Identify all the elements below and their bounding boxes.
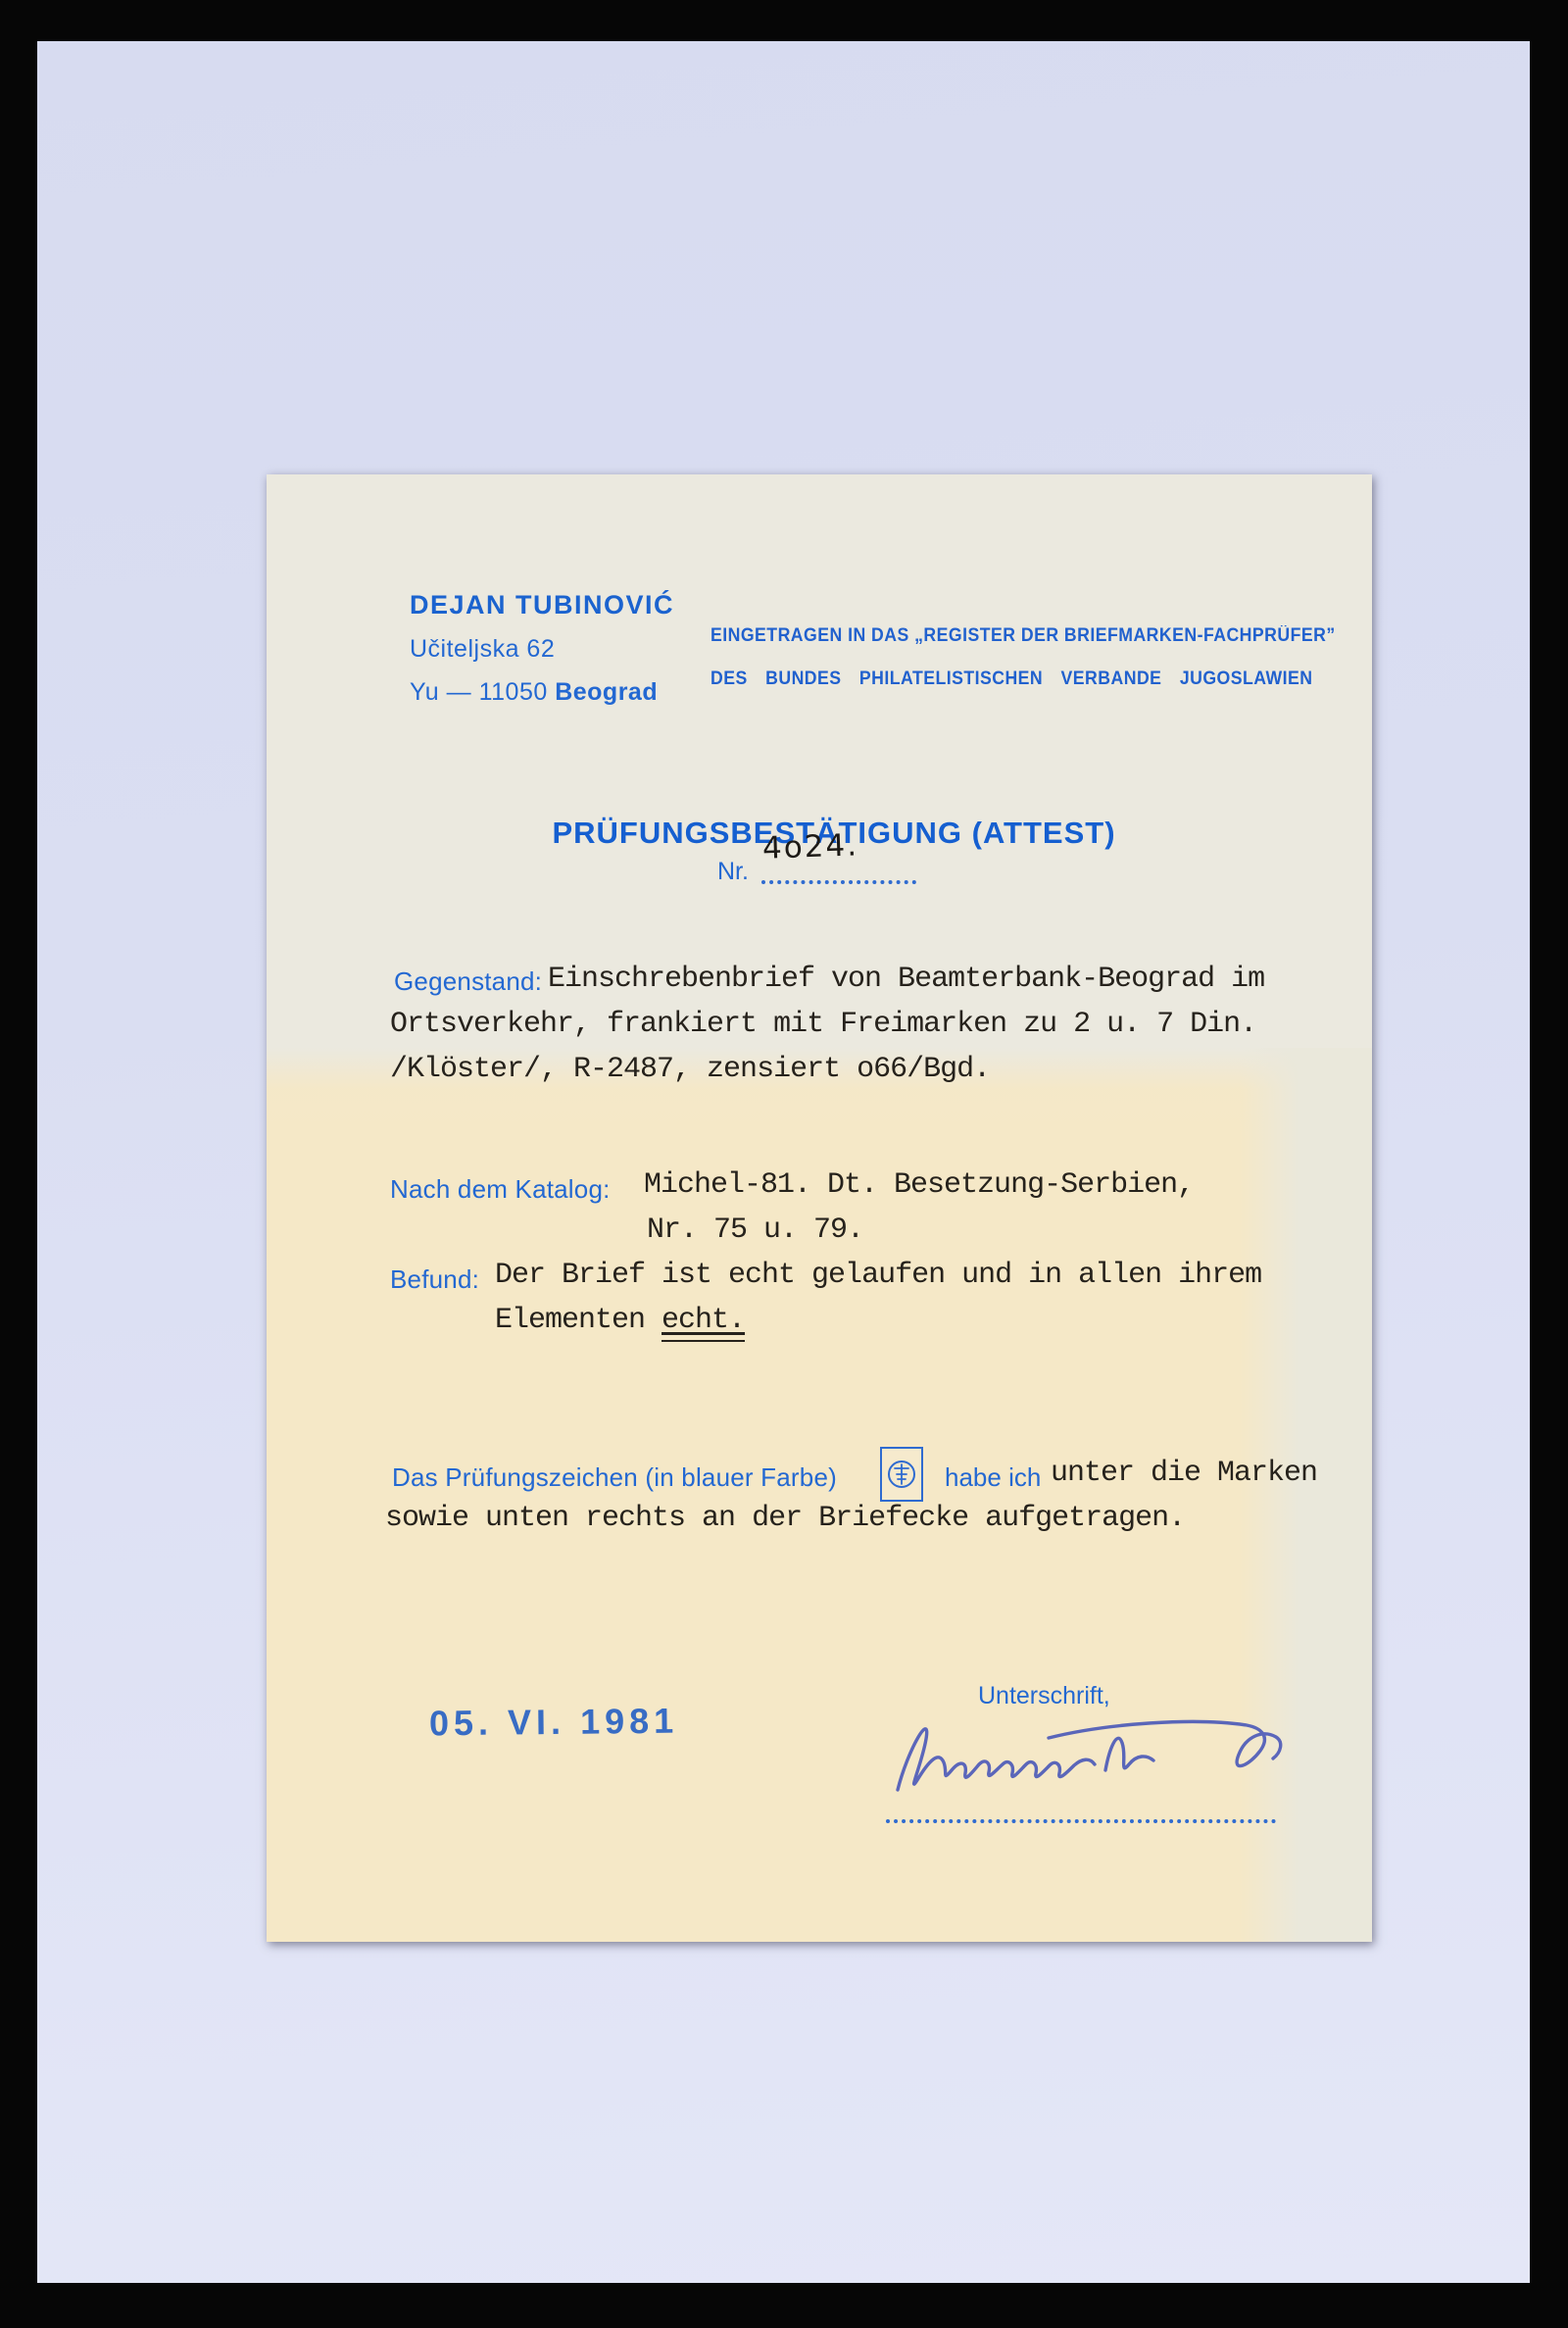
befund-echt-underlined: echt. xyxy=(661,1304,745,1342)
date-stamp: 05. VI. 1981 xyxy=(429,1701,679,1745)
letterhead-register-line1: EINGETRAGEN IN DAS „REGISTER DER BRIEFMA… xyxy=(710,625,1336,647)
examiner-mark-monogram-icon xyxy=(885,1453,918,1496)
nr-dotted-line xyxy=(761,867,916,884)
gegenstand-label: Gegenstand: xyxy=(394,966,542,997)
pruefzeichen-label-after: habe ich xyxy=(945,1462,1041,1493)
gegenstand-line1: Einschrebenbrief von Beamterbank-Beograd… xyxy=(548,963,1264,996)
nr-handwritten-value: 4o24. xyxy=(761,827,858,866)
letterhead-name: DEJAN TUBINOVIĆ xyxy=(410,590,674,620)
nr-label: Nr. xyxy=(717,858,749,886)
letterhead-street: Učiteljska 62 xyxy=(410,635,555,664)
pruefzeichen-typed-line2: sowie unten rechts an der Briefecke aufg… xyxy=(385,1502,1185,1535)
letterhead-city-prefix: Yu — 11050 xyxy=(410,678,555,706)
pruefzeichen-typed-cont: unter die Marken xyxy=(1051,1457,1317,1490)
pruefzeichen-label: Das Prüfungszeichen (in blauer Farbe) xyxy=(392,1462,837,1493)
letterhead-register-line2: DES BUNDES PHILATELISTISCHEN VERBANDE JU… xyxy=(710,669,1313,690)
befund-line2-prefix: Elementen xyxy=(495,1304,661,1337)
befund-line2: Elementen echt. xyxy=(495,1304,745,1337)
album-page: DEJAN TUBINOVIĆ Učiteljska 62 Yu — 11050… xyxy=(37,41,1530,2283)
katalog-line2: Nr. 75 u. 79. xyxy=(647,1214,863,1247)
befund-line1: Der Brief ist echt gelaufen und in allen… xyxy=(495,1259,1261,1292)
katalog-line1: Michel-81. Dt. Besetzung-Serbien, xyxy=(644,1168,1194,1202)
letterhead-city: Yu — 11050 Beograd xyxy=(410,678,658,707)
certificate-paper: DEJAN TUBINOVIĆ Učiteljska 62 Yu — 11050… xyxy=(267,474,1372,1942)
gegenstand-line2: Ortsverkehr, frankiert mit Freimarken zu… xyxy=(390,1008,1256,1041)
signature-scrawl-icon xyxy=(882,1696,1294,1823)
signature-dotted-line xyxy=(886,1806,1276,1823)
scan-frame: DEJAN TUBINOVIĆ Učiteljska 62 Yu — 11050… xyxy=(0,0,1568,2328)
befund-label: Befund: xyxy=(390,1264,479,1295)
gegenstand-line3: /Klöster/, R-2487, zensiert o66/Bgd. xyxy=(390,1053,990,1086)
examiner-mark-icon xyxy=(880,1447,923,1502)
letterhead-city-bold: Beograd xyxy=(555,678,658,706)
katalog-label: Nach dem Katalog: xyxy=(390,1174,611,1205)
